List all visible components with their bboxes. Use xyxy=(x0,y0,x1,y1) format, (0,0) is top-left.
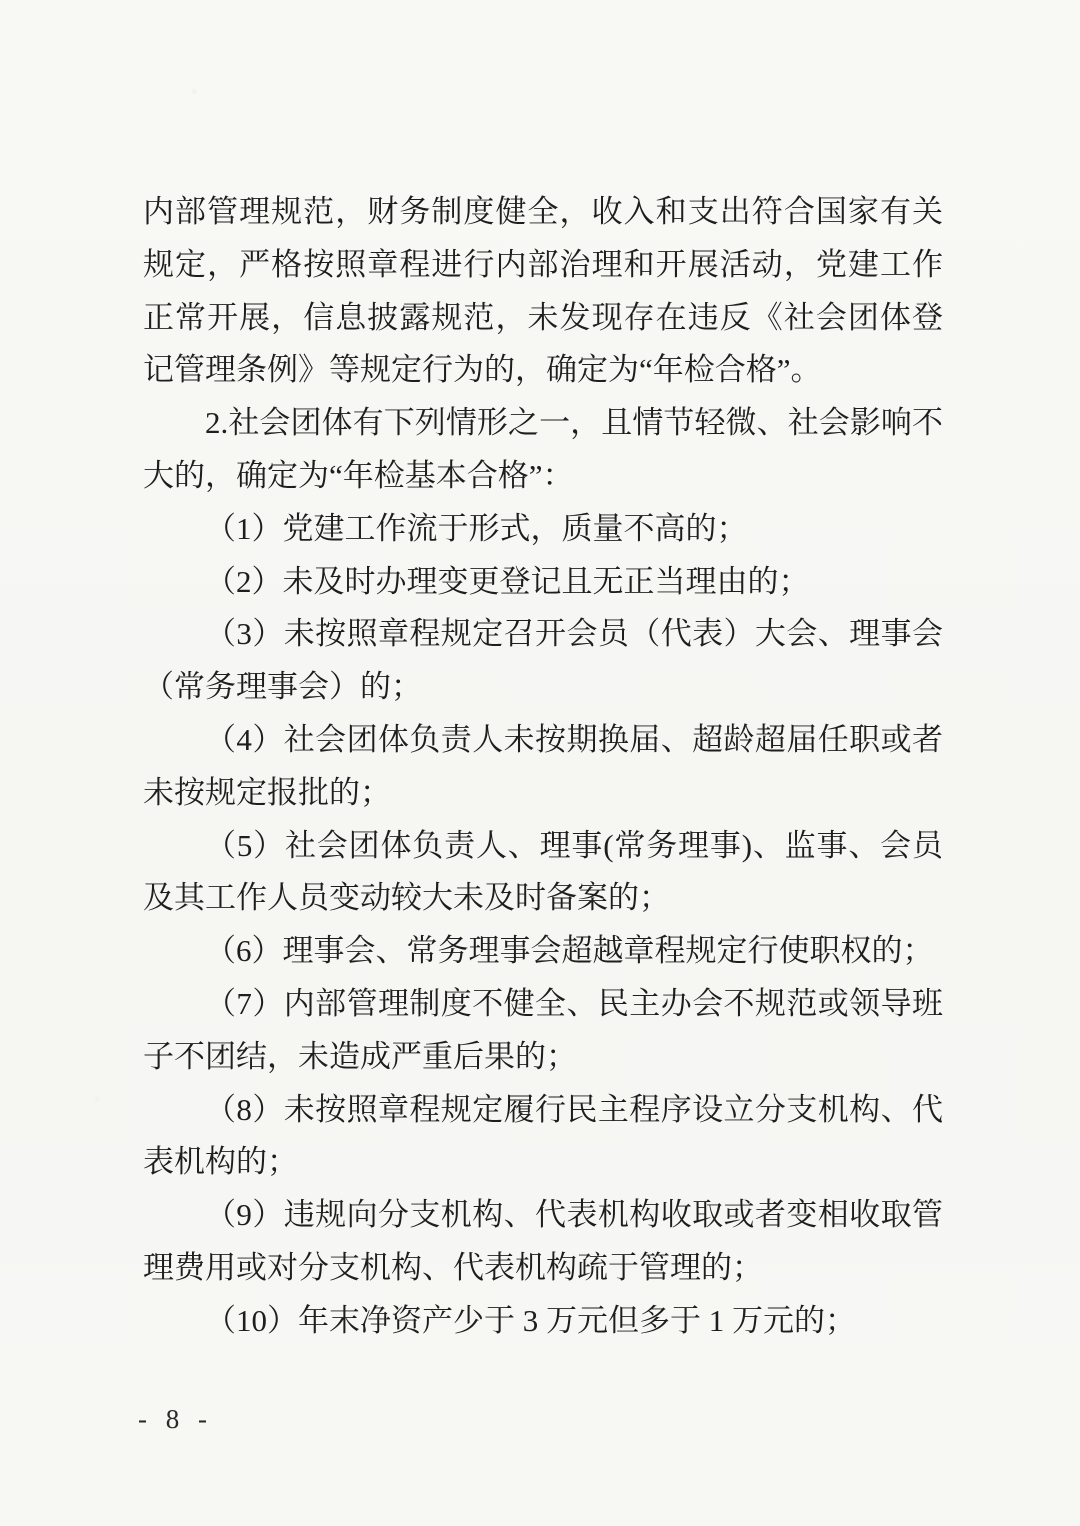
paragraph-clause-2: 2.社会团体有下列情形之一，且情节轻微、社会影响不大的，确定为“年检基本合格”： xyxy=(143,397,943,503)
list-item-5: （5）社会团体负责人、理事(常务理事)、监事、会员及其工作人员变动较大未及时备案… xyxy=(143,820,943,926)
list-item-8: （8）未按照章程规定履行民主程序设立分支机构、代表机构的； xyxy=(143,1084,943,1190)
list-item-6: （6）理事会、常务理事会超越章程规定行使职权的； xyxy=(143,925,943,978)
list-item-1: （1）党建工作流于形式，质量不高的； xyxy=(143,503,943,556)
document-text-block: 内部管理规范，财务制度健全，收入和支出符合国家有关规定，严格按照章程进行内部治理… xyxy=(143,186,943,1348)
list-item-9: （9）违规向分支机构、代表机构收取或者变相收取管理费用或对分支机构、代表机构疏于… xyxy=(143,1189,943,1295)
list-item-3: （3）未按照章程规定召开会员（代表）大会、理事会（常务理事会）的； xyxy=(143,608,943,714)
list-item-4: （4）社会团体负责人未按期换届、超龄超届任职或者未按规定报批的； xyxy=(143,714,943,820)
list-item-7: （7）内部管理制度不健全、民主办会不规范或领导班子不团结，未造成严重后果的； xyxy=(143,978,943,1084)
list-item-10: （10）年末净资产少于 3 万元但多于 1 万元的； xyxy=(143,1295,943,1348)
page-number: - 8 - xyxy=(138,1404,213,1435)
list-item-2: （2）未及时办理变更登记且无正当理由的； xyxy=(143,556,943,609)
paragraph-continuation: 内部管理规范，财务制度健全，收入和支出符合国家有关规定，严格按照章程进行内部治理… xyxy=(143,186,943,397)
